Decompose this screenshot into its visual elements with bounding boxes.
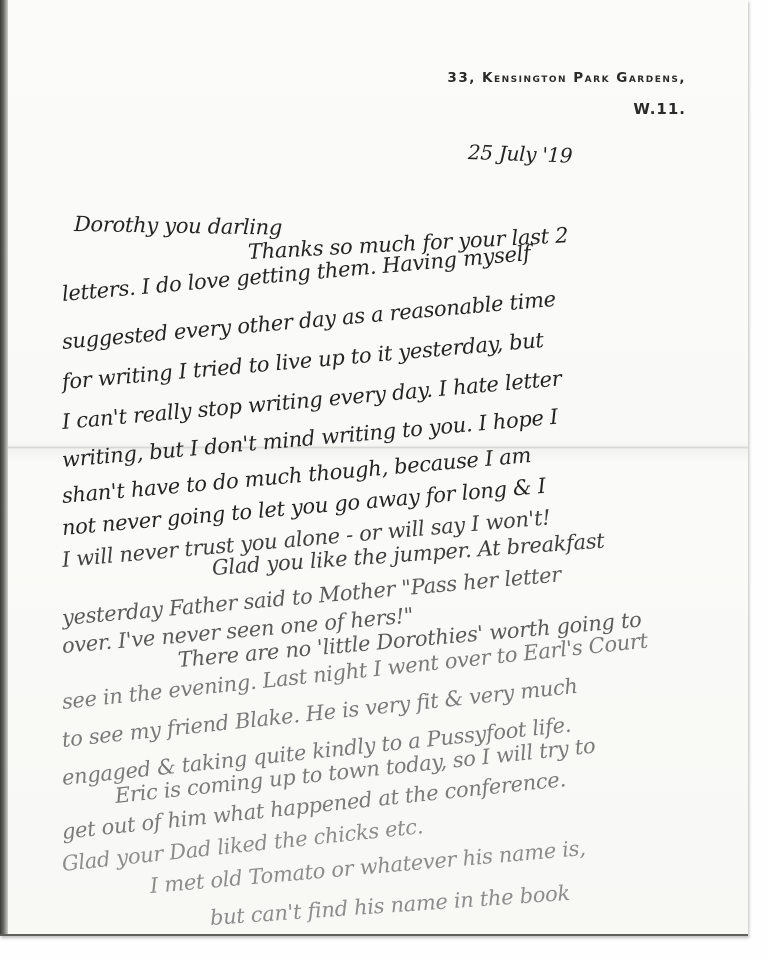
letterhead-postal-district: W.11. [447,100,686,118]
salutation: Dorothy you darling [74,212,282,240]
letter-date: 25 July '19 [468,140,573,168]
letter-page: 33, Kensington Park Gardens, W.11. 25 Ju… [0,0,748,936]
paper-left-edge-shadow [0,0,8,934]
letterhead: 33, Kensington Park Gardens, W.11. [447,70,686,118]
letterhead-address: 33, Kensington Park Gardens, [447,70,686,86]
body-line: but can't find his name in the book [209,881,570,930]
